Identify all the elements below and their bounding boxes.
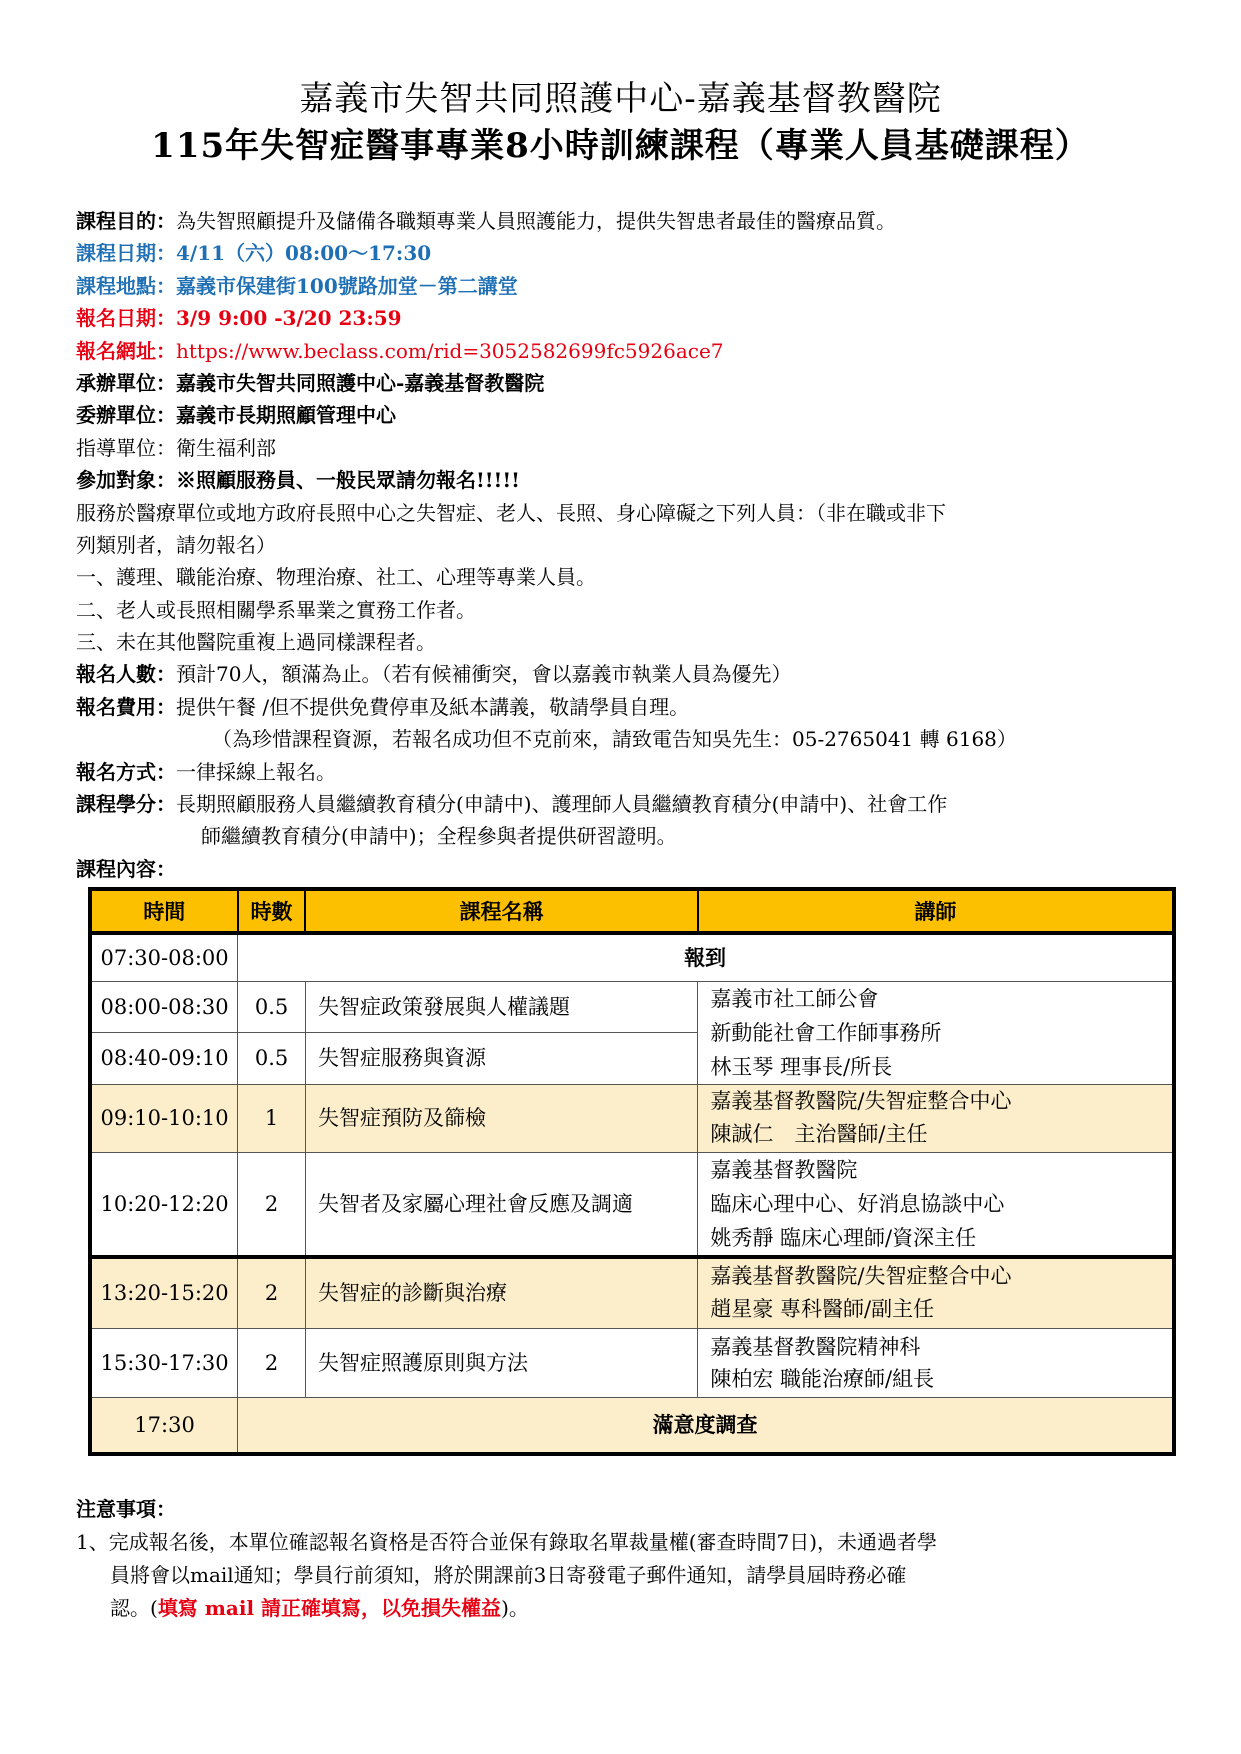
- info-credits: 課程學分：長期照顧服務人員繼續教育積分(申請中)、護理師人員繼續教育積分(申請中…: [76, 788, 1176, 820]
- time-cell: 08:40-09:10: [90, 1033, 238, 1085]
- course-cell: 失智症預防及篩檢: [305, 1084, 697, 1152]
- info-fee: 報名費用：提供午餐 /但不提供免費停車及紙本講義，敬請學員自理。: [76, 691, 1176, 723]
- notes-section: 注意事項： 1、完成報名後，本單位確認報名資格是否符合並保有錄取名單裁量權(審查…: [76, 1493, 1176, 1625]
- course-cell: 失智症的診斷與治療: [305, 1257, 697, 1329]
- label: 報名日期：: [76, 306, 176, 330]
- course-cell: 失智者及家屬心理社會反應及調適: [305, 1152, 697, 1257]
- info-purpose: 課程目的：為失智照顧提升及儲備各職類專業人員照護能力，提供失智患者最佳的醫療品質…: [76, 205, 1176, 237]
- table-row: 17:30 滿意度調查: [90, 1398, 1174, 1454]
- lecturer-line: 嘉義市社工師公會: [710, 982, 1160, 1016]
- info-commissioner: 委辦單位：嘉義市長期照顧管理中心: [76, 399, 1176, 431]
- time-cell: 13:20-15:20: [90, 1257, 238, 1329]
- table-row: 10:20-12:20 2 失智者及家屬心理社會反應及調適 嘉義基督教醫院 臨床…: [90, 1152, 1174, 1257]
- label: 報名方式：: [76, 760, 176, 784]
- value: ※照顧服務員、一般民眾請勿報名!!!!!: [176, 468, 520, 492]
- time-cell: 09:10-10:10: [90, 1084, 238, 1152]
- lecturer-cell: 嘉義基督教醫院/失智症整合中心 陳誠仁 主治醫師/主任: [698, 1084, 1174, 1152]
- info-date: 課程日期：4/11（六）08:00～17:30: [76, 237, 1176, 269]
- label: 課程地點：: [76, 274, 176, 298]
- value: 為失智照顧提升及儲備各職類專業人員照護能力，提供失智患者最佳的醫療品質。: [176, 209, 896, 233]
- value: 嘉義市保建街100號路加堂－第二講堂: [176, 274, 518, 298]
- lecturer-line: 臨床心理中心、好消息協談中心: [710, 1187, 1160, 1221]
- schedule-table: 時間 時數 課程名稱 講師 07:30-08:00 報到 08:00-08:30…: [88, 887, 1176, 1456]
- info-fee-note: （為珍惜課程資源，若報名成功但不克前來，請致電告知吳先生：05-2765041 …: [76, 723, 1176, 755]
- label: 委辦單位：: [76, 403, 176, 427]
- lecturer-cell: 嘉義基督教醫院 臨床心理中心、好消息協談中心 姚秀靜 臨床心理師/資深主任: [698, 1152, 1174, 1257]
- value: 4/11（六）08:00～17:30: [176, 241, 431, 265]
- label: 課程學分：: [76, 792, 176, 816]
- eligibility-intro-2: 列類別者，請勿報名）: [76, 529, 1176, 561]
- eligibility-intro-1: 服務於醫療單位或地方政府長照中心之失智症、老人、長照、身心障礙之下列人員：（非在…: [76, 497, 1176, 529]
- label: 報名費用：: [76, 695, 176, 719]
- title-organization: 嘉義市失智共同照護中心-嘉義基督教醫院: [0, 78, 1241, 120]
- value: 嘉義市長期照顧管理中心: [176, 403, 396, 427]
- label: 課程目的：: [76, 209, 176, 233]
- value: 長期照顧服務人員繼續教育積分(申請中)、護理師人員繼續教育積分(申請中)、社會工…: [176, 792, 947, 816]
- info-credits-cont: 師繼續教育積分(申請中)；全程參與者提供研習證明。: [76, 820, 1176, 852]
- header-course: 課程名稱: [305, 889, 697, 933]
- title-course: 115年失智症醫事專業8小時訓練課程（專業人員基礎課程）: [0, 124, 1241, 168]
- table-row: 13:20-15:20 2 失智症的診斷與治療 嘉義基督教醫院/失智症整合中心 …: [90, 1257, 1174, 1329]
- info-registration-url: 報名網址：https://www.beclass.com/rid=3052582…: [76, 335, 1176, 367]
- label: 承辦單位：: [76, 371, 176, 395]
- lecturer-line: 嘉義基督教醫院/失智症整合中心: [710, 1085, 1160, 1118]
- time-cell: 08:00-08:30: [90, 981, 238, 1033]
- note-warning: 填寫 mail 請正確填寫，以免損失權益: [158, 1596, 501, 1620]
- notes-label: 注意事項：: [76, 1493, 1176, 1526]
- note-text: 認。(: [110, 1596, 158, 1620]
- time-cell: 07:30-08:00: [90, 933, 238, 981]
- eligibility-item: 二、老人或長照相關學系畢業之實務工作者。: [76, 594, 1176, 626]
- lecturer-line: 嘉義基督教醫院/失智症整合中心: [710, 1260, 1160, 1293]
- checkin-cell: 報到: [238, 933, 1174, 981]
- hours-cell: 2: [238, 1329, 306, 1398]
- label: 指導單位：: [76, 436, 176, 460]
- lecturer-line: 陳柏宏 職能治療師/組長: [710, 1363, 1160, 1395]
- lecturer-line: 新動能社會工作師事務所: [710, 1016, 1160, 1050]
- hours-cell: 0.5: [238, 981, 306, 1033]
- lecturer-line: 嘉義基督教醫院: [710, 1153, 1160, 1187]
- time-cell: 10:20-12:20: [90, 1152, 238, 1257]
- course-cell: 失智症照護原則與方法: [305, 1329, 697, 1398]
- header-time: 時間: [90, 889, 238, 933]
- lecturer-line: 嘉義基督教醫院精神科: [710, 1331, 1160, 1363]
- table-row: 08:00-08:30 0.5 失智症政策發展與人權議題 嘉義市社工師公會 新動…: [90, 981, 1174, 1033]
- hours-cell: 1: [238, 1084, 306, 1152]
- note-item-line: 認。(填寫 mail 請正確填寫，以免損失權益)。: [76, 1592, 1176, 1625]
- info-supervisor: 指導單位：衛生福利部: [76, 432, 1176, 464]
- lecturer-cell: 嘉義基督教醫院/失智症整合中心 趙星豪 專科醫師/副主任: [698, 1257, 1174, 1329]
- info-audience: 參加對象：※照顧服務員、一般民眾請勿報名!!!!!: [76, 464, 1176, 496]
- note-text: )。: [501, 1596, 529, 1620]
- survey-cell: 滿意度調查: [238, 1398, 1174, 1454]
- value: 一律採線上報名。: [176, 760, 336, 784]
- lecturer-cell: 嘉義基督教醫院精神科 陳柏宏 職能治療師/組長: [698, 1329, 1174, 1398]
- lecturer-cell: 嘉義市社工師公會 新動能社會工作師事務所 林玉琴 理事長/所長: [698, 981, 1174, 1084]
- info-method: 報名方式：一律採線上報名。: [76, 756, 1176, 788]
- info-organizer: 承辦單位：嘉義市失智共同照護中心-嘉義基督教醫院: [76, 367, 1176, 399]
- eligibility-item: 三、未在其他醫院重複上過同樣課程者。: [76, 626, 1176, 658]
- course-cell: 失智症服務與資源: [305, 1033, 697, 1085]
- lecturer-line: 陳誠仁 主治醫師/主任: [710, 1118, 1160, 1151]
- table-row: 09:10-10:10 1 失智症預防及篩檢 嘉義基督教醫院/失智症整合中心 陳…: [90, 1084, 1174, 1152]
- lecturer-line: 姚秀靜 臨床心理師/資深主任: [710, 1221, 1160, 1255]
- eligibility-item: 一、護理、職能治療、物理治療、社工、心理等專業人員。: [76, 561, 1176, 593]
- label: 報名網址：: [76, 339, 176, 363]
- value: 嘉義市失智共同照護中心-嘉義基督教醫院: [176, 371, 544, 395]
- label: 課程日期：: [76, 241, 176, 265]
- hours-cell: 2: [238, 1152, 306, 1257]
- note-item-line: 員將會以mail通知；學員行前須知，將於開課前3日寄發電子郵件通知，請學員屆時務…: [76, 1559, 1176, 1592]
- info-capacity: 報名人數：預計70人，額滿為止。（若有候補衝突，會以嘉義市執業人員為優先）: [76, 658, 1176, 690]
- info-location: 課程地點：嘉義市保建街100號路加堂－第二講堂: [76, 270, 1176, 302]
- info-registration-date: 報名日期：3/9 9:00 -3/20 23:59: [76, 302, 1176, 334]
- value: 衛生福利部: [176, 436, 276, 460]
- lecturer-line: 趙星豪 專科醫師/副主任: [710, 1293, 1160, 1326]
- label: 報名人數：: [76, 662, 176, 686]
- lecturer-line: 林玉琴 理事長/所長: [710, 1050, 1160, 1084]
- value: 提供午餐 /但不提供免費停車及紙本講義，敬請學員自理。: [176, 695, 689, 719]
- label: 參加對象：: [76, 468, 176, 492]
- hours-cell: 0.5: [238, 1033, 306, 1085]
- header-lecturer: 講師: [698, 889, 1174, 933]
- content-label: 課程內容：: [76, 853, 1176, 885]
- hours-cell: 2: [238, 1257, 306, 1329]
- header-hours: 時數: [238, 889, 306, 933]
- table-row: 15:30-17:30 2 失智症照護原則與方法 嘉義基督教醫院精神科 陳柏宏 …: [90, 1329, 1174, 1398]
- time-cell: 15:30-17:30: [90, 1329, 238, 1398]
- registration-link[interactable]: https://www.beclass.com/rid=3052582699fc…: [176, 339, 724, 363]
- note-item-line: 1、完成報名後，本單位確認報名資格是否符合並保有錄取名單裁量權(審查時間7日)，…: [76, 1526, 1176, 1559]
- table-row: 07:30-08:00 報到: [90, 933, 1174, 981]
- course-info: 課程目的：為失智照顧提升及儲備各職類專業人員照護能力，提供失智患者最佳的醫療品質…: [76, 205, 1176, 885]
- time-cell: 17:30: [90, 1398, 238, 1454]
- course-cell: 失智症政策發展與人權議題: [305, 981, 697, 1033]
- value: 3/9 9:00 -3/20 23:59: [176, 306, 402, 330]
- table-header-row: 時間 時數 課程名稱 講師: [90, 889, 1174, 933]
- value: 預計70人，額滿為止。（若有候補衝突，會以嘉義市執業人員為優先）: [176, 662, 791, 686]
